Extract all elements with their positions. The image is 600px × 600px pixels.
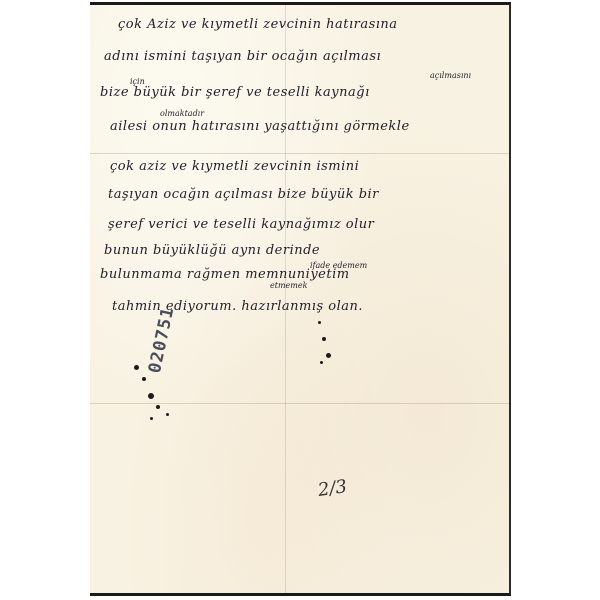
handwritten-insert: etmemek	[270, 281, 307, 290]
handwritten-insert: açılmasını	[430, 71, 471, 80]
handwritten-line: çok aziz ve kıymetli zevcinin ismini	[110, 159, 359, 174]
ink-speck	[142, 377, 146, 381]
ink-speck	[148, 393, 154, 399]
handwritten-line: bulunmama rağmen memnuniyetim	[100, 267, 350, 282]
ink-speck	[156, 405, 160, 409]
handwritten-insert: olmaktadır	[160, 109, 204, 118]
ink-speck	[318, 321, 321, 324]
handwritten-line: adını ismini taşıyan bir ocağın açılması	[104, 49, 381, 64]
handwritten-line: tahmin ediyorum. hazırlanmış olan.	[112, 299, 363, 314]
ink-speck	[322, 337, 326, 341]
handwritten-line: taşıyan ocağın açılması bize büyük bir	[108, 187, 379, 202]
page-number-mark: 2/3	[317, 476, 349, 501]
handwritten-line: bunun büyüklüğü aynı derinde	[104, 243, 320, 258]
ink-speck	[166, 413, 169, 416]
fold-line	[90, 403, 509, 404]
letter-paper: çok Aziz ve kıymetli zevcinin hatırasına…	[90, 2, 511, 596]
handwritten-line: ailesi onun hatırasını yaşattığını görme…	[110, 119, 410, 134]
fold-line	[90, 153, 509, 154]
handwritten-line: şeref verici ve teselli kaynağımız olur	[108, 217, 374, 232]
ink-speck	[326, 353, 331, 358]
ink-speck	[134, 365, 139, 370]
ink-speck	[320, 361, 323, 364]
handwritten-line: bize büyük bir şeref ve teselli kaynağı	[100, 85, 370, 100]
handwritten-line: çok Aziz ve kıymetli zevcinin hatırasına	[118, 17, 398, 32]
ink-speck	[150, 417, 153, 420]
